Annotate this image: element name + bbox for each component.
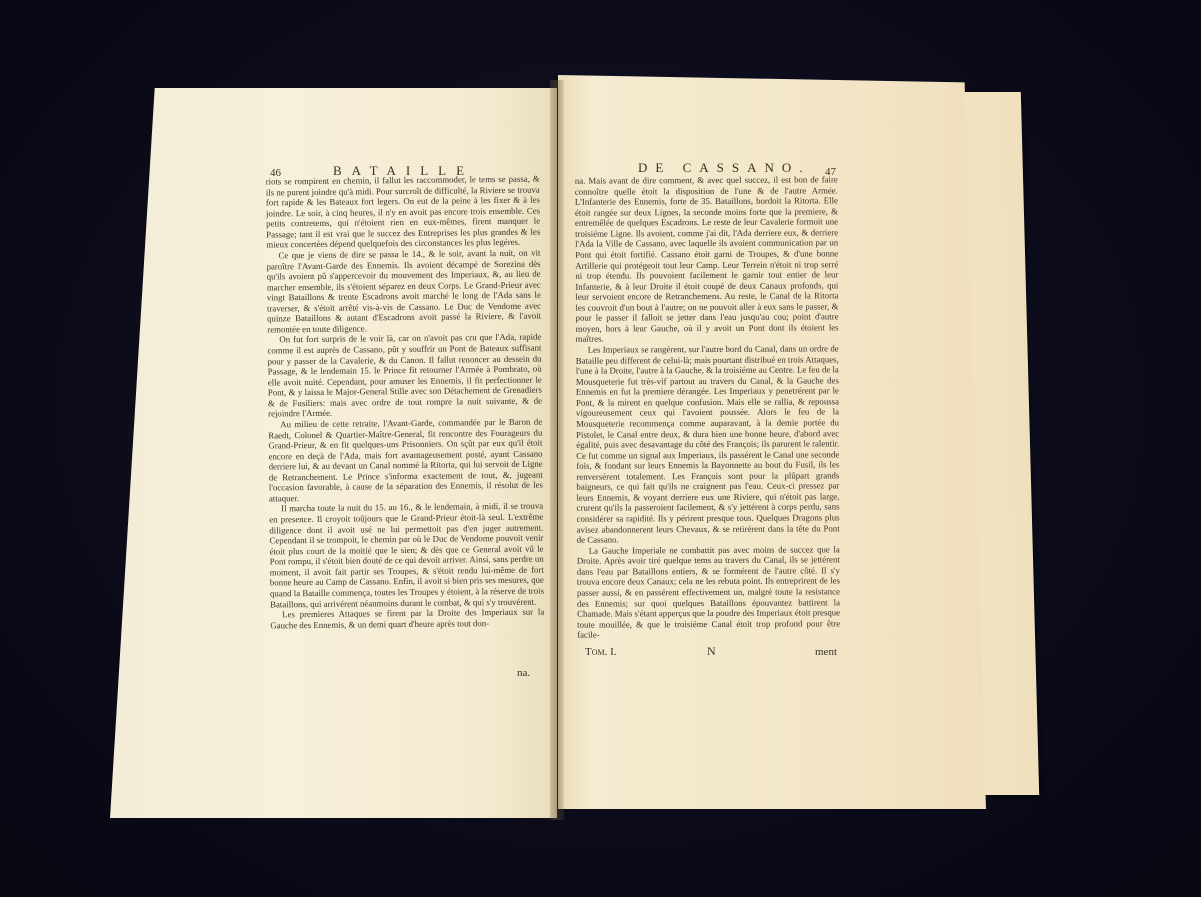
paragraph: Les premieres Attaques se firent par la … (270, 607, 544, 631)
right-page-body: na. Mais avant de dire comment, & avec q… (575, 174, 840, 640)
catchword-right: ment (815, 646, 837, 658)
gathering-signature: N (707, 644, 716, 659)
left-page-body: riots se rompirent en chemin, il fallut … (266, 174, 545, 631)
paragraph: La Gauche Imperiale ne combattit pas ave… (577, 544, 840, 640)
paragraph: Les Imperiaux se rangérent, sur l'autre … (576, 343, 840, 545)
paragraph: Il marcha toute la nuit du 15. au 16., &… (269, 501, 544, 609)
paragraph: On fut fort surpris de le voir là, car o… (267, 332, 542, 419)
volume-signature: Tom. I. (585, 646, 617, 658)
catchword-left: na. (517, 667, 530, 679)
book-gutter (550, 80, 564, 820)
paragraph: Ce que je viens de dire se passa le 14.,… (266, 248, 541, 335)
paragraph: na. Mais avant de dire comment, & avec q… (575, 174, 839, 344)
paragraph: riots se rompirent en chemin, il fallut … (266, 174, 541, 251)
paragraph: Au milieu de cette retraite, l'Avant-Gar… (268, 417, 543, 504)
